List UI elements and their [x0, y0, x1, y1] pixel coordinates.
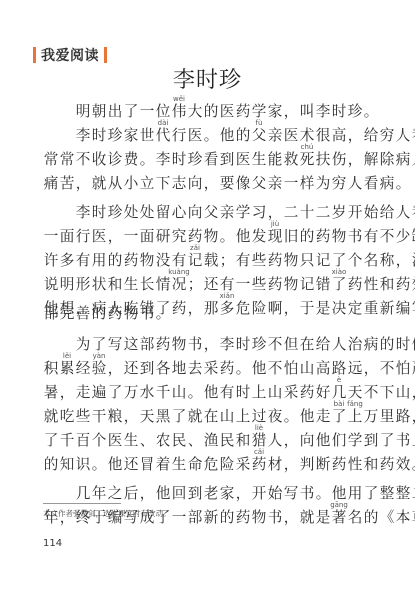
pinyin-annotation: è	[323, 376, 355, 384]
pinyin-annotation: kuàng	[163, 268, 195, 276]
text-line: 李时珍家世代行医。他的父亲医术很高，给穷人看病	[75, 127, 415, 145]
text-line: 积累经验，还到各地去采药。他不怕山高路远，不怕严寒酷	[43, 360, 415, 378]
pinyin-annotation: fù	[243, 119, 275, 127]
tag-bar-right	[104, 47, 107, 63]
pinyin-annotation: wěi	[163, 95, 195, 103]
pinyin-annotation: yàn	[83, 352, 115, 360]
footnote-divider	[43, 503, 121, 504]
text-line: 为了写这部药物书，李时珍不但在给人治病的时候注意	[75, 336, 415, 354]
pinyin-annotation: chú	[291, 143, 323, 151]
pinyin-annotation: cǎi	[243, 448, 275, 456]
section-tag: 我爱阅读	[33, 45, 107, 65]
pinyin-annotation: xiǎn	[211, 292, 243, 300]
text-line: 常常不收诊费。李时珍看到医生能救死扶伤，解除病人的	[43, 151, 415, 169]
pinyin-annotation: fǎng	[339, 400, 371, 408]
section-tag-label: 我爱阅读	[41, 45, 99, 65]
pinyin-annotation: jiù	[259, 220, 291, 228]
text-line: 就吃些干粮，天黑了就在山上过夜。他走了上万里路，拜访	[43, 408, 415, 426]
pinyin-annotation: zǎi	[179, 244, 211, 252]
text-line: 痛苦，就从小立下志向，要像父亲一样为穷人看病。	[43, 175, 411, 193]
text-line: 明朝出了一位伟大的医药学家，叫李时珍。	[75, 103, 379, 121]
text-line: 部完善的药物书。	[43, 305, 171, 323]
text-line: 了千百个医生、农民、渔民和猎人，向他们学到了书上没有	[43, 432, 415, 450]
pinyin-annotation: liè	[243, 424, 275, 432]
footnote: 本文作者张慧剑，选作课文时有改动。	[43, 508, 171, 519]
pinyin-annotation: gāng	[323, 501, 355, 509]
pinyin-annotation: xiào	[323, 268, 355, 276]
tag-bar-left	[33, 47, 36, 63]
page-title: 李时珍	[0, 63, 415, 94]
text-line: 许多有用的药物没有记载；有些药物只记了个名称，没有	[43, 252, 415, 270]
page-number: 114	[43, 538, 62, 549]
text-line: 的知识。他还冒着生命危险采药材，判断药性和药效。	[43, 456, 415, 474]
text-line: 一面行医，一面研究药物。他发现旧的药物书有不少缺点：	[43, 228, 415, 246]
text-line: 李时珍处处留心向父亲学习，二十二岁开始给人看病，	[75, 204, 415, 222]
pinyin-annotation: lěi	[51, 352, 83, 360]
pinyin-annotation: dài	[147, 119, 179, 127]
text-line: 几年之后，他回到老家，开始写书。他用了整整二十七	[75, 485, 415, 503]
